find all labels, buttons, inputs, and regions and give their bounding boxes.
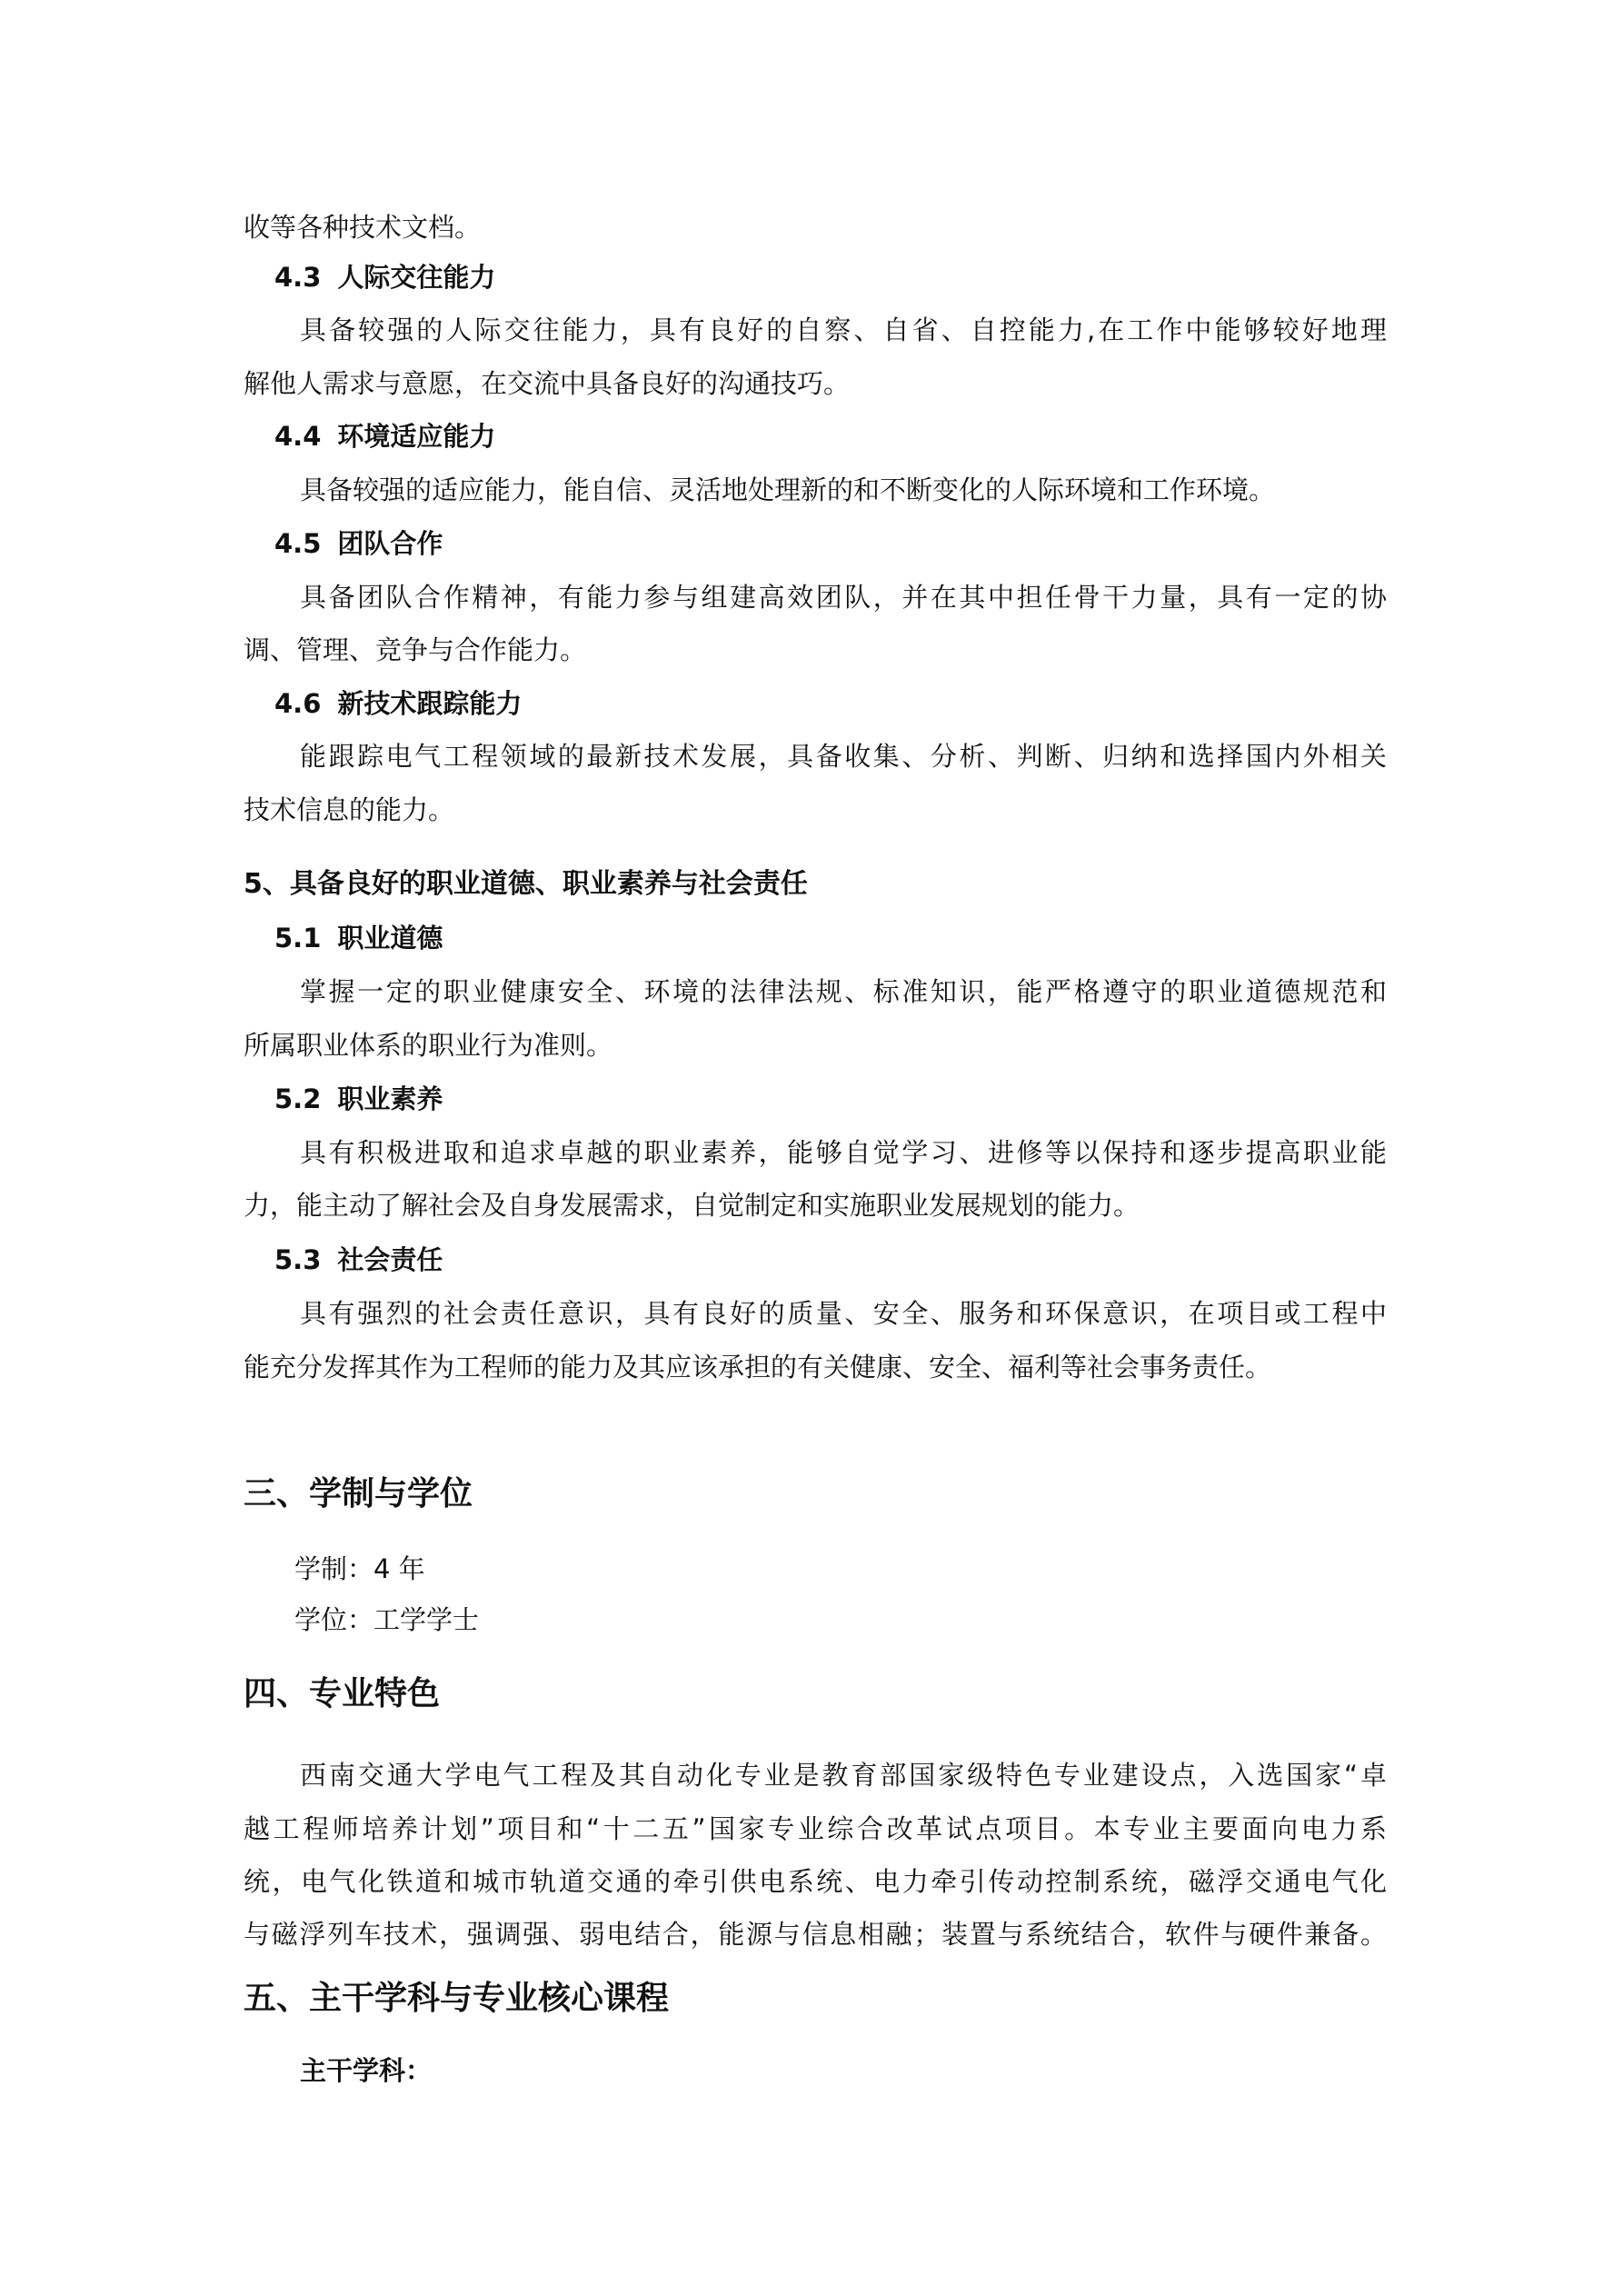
body-text-line: 能跟踪电气工程领域的最新技术发展，具备收集、分析、判断、归纳和选择国内外相关 xyxy=(300,738,1387,774)
subsection-title: 职业素养 xyxy=(337,1083,443,1114)
subsection-number: 5.3 xyxy=(274,1244,321,1275)
subsection-heading-5-3: 5.3社会责任 xyxy=(274,1242,443,1278)
body-text-line: 具有强烈的社会责任意识，具有良好的质量、安全、服务和环保意识，在项目或工程中 xyxy=(300,1295,1387,1332)
subsection-number: 4.3 xyxy=(274,262,321,293)
subsection-number: 4.5 xyxy=(274,528,321,559)
degree-item: 学位：工学学士 xyxy=(294,1602,479,1638)
body-text-line: 解他人需求与意愿，在交流中具备良好的沟通技巧。 xyxy=(244,365,850,402)
subsection-heading-4-3: 4.3人际交往能力 xyxy=(274,259,495,295)
subsection-title: 团队合作 xyxy=(337,528,443,559)
body-text-line: 具备团队合作精神，有能力参与组建高效团队，并在其中担任骨干力量，具有一定的协 xyxy=(300,579,1387,615)
body-text-line: 西南交通大学电气工程及其自动化专业是教育部国家级特色专业建设点，入选国家“卓 xyxy=(300,1757,1387,1793)
body-text-line: 技术信息的能力。 xyxy=(244,792,454,828)
body-text-line: 具有积极进取和追求卓越的职业素养，能够自觉学习、进修等以保持和逐步提高职业能 xyxy=(300,1134,1387,1171)
body-text-line: 越工程师培养计划”项目和“十二五”国家专业综合改革试点项目。本专业主要面向电力系 xyxy=(244,1811,1387,1847)
section-heading-3: 三、学制与学位 xyxy=(244,1472,473,1516)
body-text-line: 具备较强的人际交往能力，具有良好的自察、自省、自控能力,在工作中能够较好地理 xyxy=(300,312,1387,348)
subsection-title: 人际交往能力 xyxy=(337,262,495,293)
body-text-line: 调、管理、竞争与合作能力。 xyxy=(244,632,586,668)
body-text-line: 能充分发挥其作为工程师的能力及其应该承担的有关健康、安全、福利等社会事务责任。 xyxy=(244,1349,1271,1385)
duration-item: 学制：4 年 xyxy=(294,1551,425,1587)
subsection-number: 4.6 xyxy=(274,688,321,719)
body-text-line: 所属职业体系的职业行为准则。 xyxy=(244,1027,612,1063)
main-discipline-label: 主干学科： xyxy=(300,2052,432,2089)
subsection-number: 5.1 xyxy=(274,923,321,953)
body-text-line: 收等各种技术文档。 xyxy=(244,209,481,245)
subsection-heading-4-4: 4.4环境适应能力 xyxy=(274,418,495,454)
body-text-line: 统，电气化铁道和城市轨道交通的牵引供电系统、电力牵引传动控制系统，磁浮交通电气化 xyxy=(244,1863,1387,1900)
body-text-line: 具备较强的适应能力，能自信、灵活地处理新的和不断变化的人际环境和工作环境。 xyxy=(300,472,1275,508)
body-text-line: 力，能主动了解社会及自身发展需求，自觉制定和实施职业发展规划的能力。 xyxy=(244,1187,1140,1223)
subsection-number: 4.4 xyxy=(274,421,321,452)
subsection-number: 5.2 xyxy=(274,1083,321,1114)
subsection-title: 职业道德 xyxy=(337,923,443,953)
subsection-heading-4-6: 4.6新技术跟踪能力 xyxy=(274,685,522,722)
body-text-line: 与磁浮列车技术，强调强、弱电结合，能源与信息相融；装置与系统结合，软件与硬件兼备… xyxy=(244,1916,1387,1952)
subsection-title: 社会责任 xyxy=(337,1244,443,1275)
section-heading-5: 5、具备良好的职业道德、职业素养与社会责任 xyxy=(244,866,808,903)
subsection-heading-4-5: 4.5团队合作 xyxy=(274,525,443,562)
subsection-title: 新技术跟踪能力 xyxy=(337,688,522,719)
body-text-line: 掌握一定的职业健康安全、环境的法律法规、标准知识，能严格遵守的职业道德规范和 xyxy=(300,973,1387,1010)
subsection-heading-5-2: 5.2职业素养 xyxy=(274,1081,443,1117)
section-heading-4: 四、专业特色 xyxy=(244,1672,440,1716)
section-heading-5-courses: 五、主干学科与专业核心课程 xyxy=(244,1977,669,2021)
subsection-title: 环境适应能力 xyxy=(337,421,495,452)
subsection-heading-5-1: 5.1职业道德 xyxy=(274,920,443,956)
